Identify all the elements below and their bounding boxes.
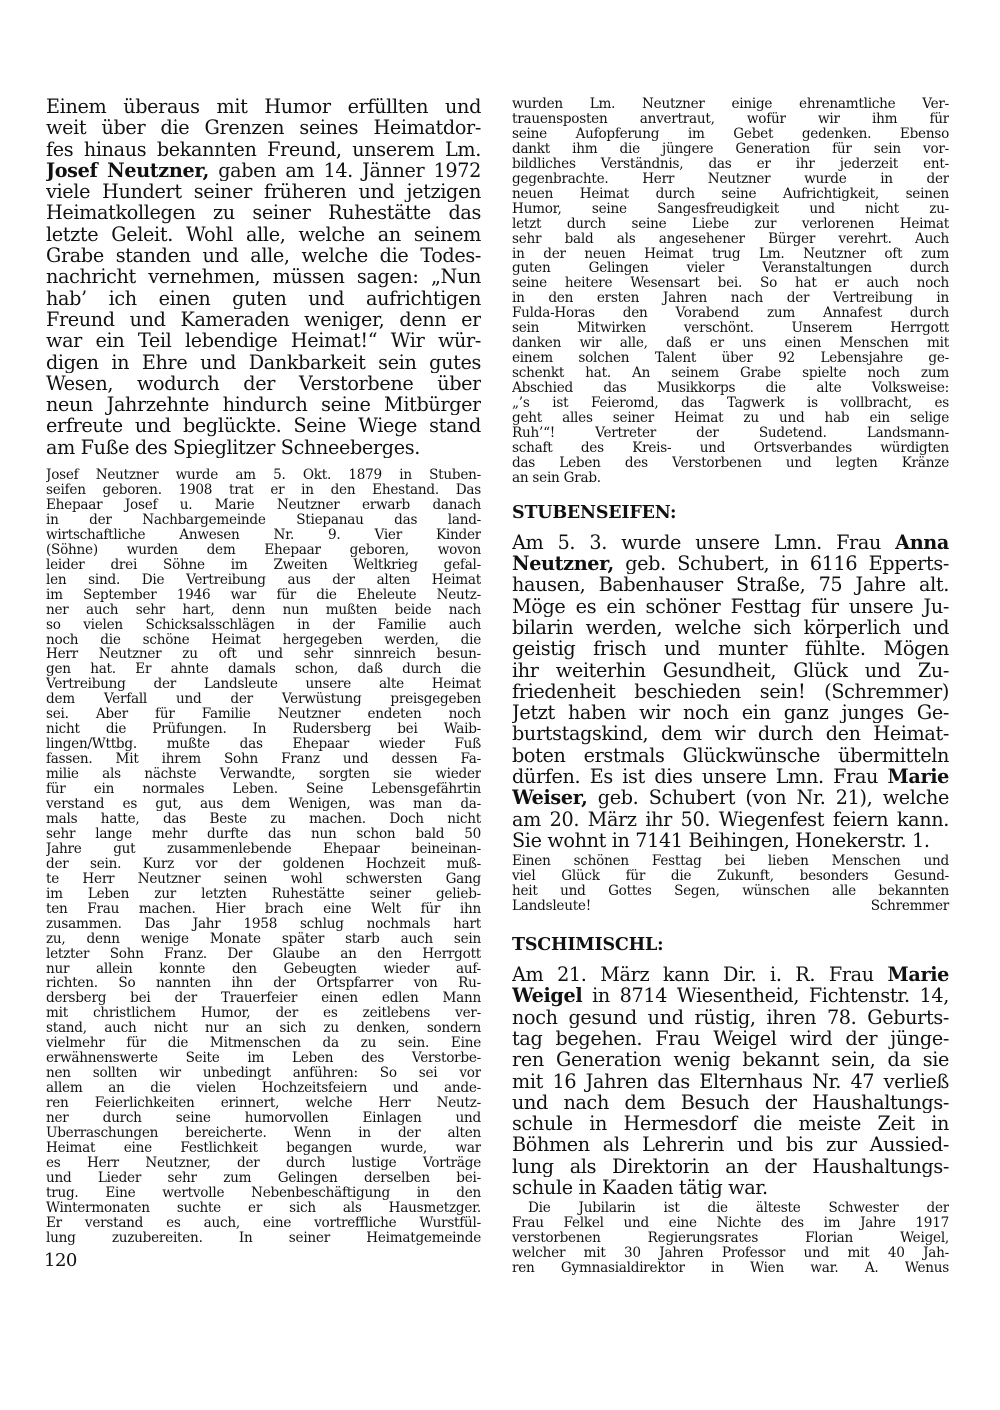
text-line: in der neuen Heimat trug Lm. Neutzner of… bbox=[512, 247, 949, 262]
text-line: Herr Neutzner zu oft und sehr sinnreich … bbox=[46, 647, 481, 662]
text-line: im Leben zur letzten Ruhestätte seiner g… bbox=[46, 887, 481, 902]
text-line: schaft des Kreis- und Ortsverbandes würd… bbox=[512, 441, 949, 456]
text-line: viel Glück für die Zukunft, besonders Ge… bbox=[512, 869, 949, 884]
text-line: geht alles seiner Heimat zu und hab ein … bbox=[512, 411, 949, 426]
text-line: sehr lange mehr durfte das nun schon bal… bbox=[46, 827, 481, 842]
text-line: friedenheit beschieden sein! (Schremmer) bbox=[512, 681, 949, 702]
text-line: digen in Ehre und Dankbarkeit sein gutes bbox=[46, 352, 481, 373]
text-line: viele Hundert seiner früheren und jetzig… bbox=[46, 181, 481, 202]
text-line: sein Mitwirken verschönt. Unserem Herrgo… bbox=[512, 321, 949, 336]
text-line: milie als nächste Verwandte, sorgten sie… bbox=[46, 767, 481, 782]
text-line: (Söhne) wurden dem Ehepaar geboren, wovo… bbox=[46, 543, 481, 558]
text-line: dankt ihm die jüngere Generation für sei… bbox=[512, 142, 949, 157]
text-line: zu, denn wenige Monate später starb auch… bbox=[46, 932, 481, 947]
text-line: Wesen, wodurch der Verstorbene über bbox=[46, 373, 481, 394]
text-line: und nach dem Besuch der Haushaltungs- bbox=[512, 1092, 949, 1113]
text-line: wirtschaftliche Anwesen Nr. 9. Vier Kind… bbox=[46, 528, 481, 543]
text-line: so vielen Schicksalsschlägen in der Fami… bbox=[46, 618, 481, 633]
text-line: gegenbrachte. Herr Neutzner wurde in der bbox=[512, 172, 949, 187]
text-line: mit christlichem Humor, der es zeitleben… bbox=[46, 1006, 481, 1021]
text-line: tag begehen. Frau Weigel wird der jünge- bbox=[512, 1028, 949, 1049]
text-line: len sind. Die Vertreibung aus der alten … bbox=[46, 573, 481, 588]
stubenseifen-birthday-paragraph: Am 5. 3. wurde unsere Lmn. Frau AnnaNeut… bbox=[512, 532, 949, 851]
text-line: Die Jubilarin ist die älteste Schwester … bbox=[512, 1201, 949, 1216]
text-line: Überraschungen bereicherte. Wenn in der … bbox=[46, 1126, 481, 1141]
text-line: Grabe standen und alle, welche die Todes… bbox=[46, 245, 481, 266]
author-signature: Schremmer bbox=[871, 899, 949, 914]
text-line: hab’ ich einen guten und aufrichtigen bbox=[46, 288, 481, 309]
stubenseifen-greeting-note: Einen schönen Festtag bei lieben Mensche… bbox=[512, 854, 949, 914]
text-line: schenkt hat. An seinem Grabe spielte noc… bbox=[512, 366, 949, 381]
text-line: dem Verfall und der Verwüstung preisgege… bbox=[46, 692, 481, 707]
text-line: Weiser, geb. Schubert (von Nr. 21), welc… bbox=[512, 787, 949, 808]
text-line: das Leben des Verstorbenen und legten Kr… bbox=[512, 456, 949, 471]
text-line: zusammen. Das Jahr 1958 schlug nochmals … bbox=[46, 917, 481, 932]
text-line: boten erstmals Glückwünsche übermitteln bbox=[512, 745, 949, 766]
text-line: der sein. Kurz vor der goldenen Hochzeit… bbox=[46, 857, 481, 872]
text-line: dürfen. Es ist dies unsere Lmn. Frau Mar… bbox=[512, 766, 949, 787]
section-heading-stubenseifen: STUBENSEIFEN: bbox=[512, 502, 949, 524]
text-line: seine heitere Wesensart bei. So hat er a… bbox=[512, 276, 949, 291]
obituary-continuation-paragraph: wurden Lm. Neutzner einige ehrenamtliche… bbox=[512, 97, 949, 486]
text-line: an sein Grab. bbox=[512, 471, 949, 486]
text-line: Abschied das Musikkorps die alte Volkswe… bbox=[512, 381, 949, 396]
person-name: Weigel bbox=[512, 985, 582, 1006]
text-line: ihr weiterhin Gesundheit, Glück und Zu- bbox=[512, 660, 949, 681]
text-line: neun Jahrzehnte hindurch seine Mitbürger bbox=[46, 394, 481, 415]
text-line: ren Feierlichkeiten erinnert, welche Her… bbox=[46, 1096, 481, 1111]
text-line: trug. Eine wertvolle Nebenbeschäftigung … bbox=[46, 1186, 481, 1201]
text-line: Am 5. 3. wurde unsere Lmn. Frau Anna bbox=[512, 532, 949, 553]
text-line: fassen. Mit ihrem Sohn Franz und dessen … bbox=[46, 752, 481, 767]
left-column: Einem überaus mit Humor erfüllten und we… bbox=[46, 96, 481, 1246]
text-line: sei. Aber für Familie Neutzner endeten n… bbox=[46, 707, 481, 722]
text-line: Frau Felkel und eine Nichte des im Jahre… bbox=[512, 1216, 949, 1231]
text-line: hausen, Babenhauser Straße, 75 Jahre alt… bbox=[512, 574, 949, 595]
text-line: Humor, seine Sangesfreudigkeit und nicht… bbox=[512, 202, 949, 217]
text-line: burtstagskind, dem wir durch den Heimat- bbox=[512, 723, 949, 744]
text-line: Weigel in 8714 Wiesentheid, Fichtenstr. … bbox=[512, 985, 949, 1006]
text-line: mals hatte, das Beste zu machen. Doch ni… bbox=[46, 812, 481, 827]
text-line: „’s ist Feieromd, das Tagwerk is vollbra… bbox=[512, 396, 949, 411]
spacer bbox=[512, 914, 949, 934]
text-line: mit 16 Jahren das Elternhaus Nr. 47 verl… bbox=[512, 1071, 949, 1092]
text-line: danken wir alle, daß er uns einen Mensch… bbox=[512, 336, 949, 351]
text-line: verstand es gut, aus dem Wenigen, was ma… bbox=[46, 797, 481, 812]
person-name: Marie bbox=[887, 964, 949, 985]
text-line: erwähnenswerte Seite im Leben des Versto… bbox=[46, 1051, 481, 1066]
deceased-name: Josef Neutzner, bbox=[46, 160, 209, 181]
text-line: schule in Hermesdorf die meiste Zeit in bbox=[512, 1113, 949, 1134]
text-line: nen sollten wir unbedingt anführen: So s… bbox=[46, 1066, 481, 1081]
text-line: stand, auch nicht nur an sich zu denken,… bbox=[46, 1021, 481, 1036]
text-line: letzter Sohn Franz. Der Glaube an den He… bbox=[46, 947, 481, 962]
person-name: Marie bbox=[887, 766, 949, 787]
text-line: lung zuzubereiten. In seiner Heimatgemei… bbox=[46, 1231, 481, 1246]
text-line: Sie wohnt in 7141 Beihingen, Honekerstr.… bbox=[512, 830, 949, 851]
text-line: ren Generation wenig bekannt sein, da si… bbox=[512, 1049, 949, 1070]
text-line: heit und Gottes Segen, wünschen alle bek… bbox=[512, 884, 949, 899]
text-line: Jetzt haben wir noch ein ganz junges Ge- bbox=[512, 702, 949, 723]
text-line: Einem überaus mit Humor erfüllten und bbox=[46, 96, 481, 117]
spacer bbox=[512, 486, 949, 502]
text-line: Einen schönen Festtag bei lieben Mensche… bbox=[512, 854, 949, 869]
text-line: dersberg bei der Trauerfeier einen edlen… bbox=[46, 991, 481, 1006]
text-line: nur allein konnte den Gebeugten wieder a… bbox=[46, 962, 481, 977]
text-line: leider drei Söhne im Zweiten Weltkrieg g… bbox=[46, 558, 481, 573]
text-line: Heimat eine Festlichkeit begangen wurde,… bbox=[46, 1141, 481, 1156]
text-line: geistig frisch und munter fühlte. Mögen bbox=[512, 638, 949, 659]
text-line: verstorbenen Regierungsrates Florian Wei… bbox=[512, 1231, 949, 1246]
text-line: richten. So nannten ihn der Ortspfarrer … bbox=[46, 976, 481, 991]
text-line: bilarin werden, welche sich körperlich u… bbox=[512, 617, 949, 638]
text-line: Am 21. März kann Dir. i. R. Frau Marie bbox=[512, 964, 949, 985]
text-line: und Lieder sehr zum Gelingen derselben b… bbox=[46, 1171, 481, 1186]
text-line: es Herr Neutzner, der durch lustige Vort… bbox=[46, 1156, 481, 1171]
text-line: erfreute und beglückte. Seine Wiege stan… bbox=[46, 415, 481, 436]
text-line: gen hat. Er ahnte damals schon, daß durc… bbox=[46, 662, 481, 677]
text-line: Jahre gut zusammenlebende Ehepaar beinei… bbox=[46, 842, 481, 857]
text-line: sehr bald als angesehener Bürger verehrt… bbox=[512, 232, 949, 247]
text-line: seifen geboren. 1908 trat er in den Ehes… bbox=[46, 483, 481, 498]
right-column: wurden Lm. Neutzner einige ehrenamtliche… bbox=[512, 97, 949, 1276]
text-line: te Herr Neutzner seinen wohl schwersten … bbox=[46, 872, 481, 887]
text-line: trauensposten anvertraut, wofür wir ihm … bbox=[512, 112, 949, 127]
spacer bbox=[512, 524, 949, 532]
text-line: in der Nachbargemeinde Stiepanau das lan… bbox=[46, 513, 481, 528]
signature-line: Landsleute! Schremmer bbox=[512, 899, 949, 914]
text-line: war ein Teil lebendige Heimat!“ Wir wür- bbox=[46, 330, 481, 351]
text-line: im September 1946 war für die Eheleute N… bbox=[46, 588, 481, 603]
text-line: letzte Geleit. Wohl alle, welche an sein… bbox=[46, 224, 481, 245]
text-line: Fulda-Horas den Vorabend zum Annafest du… bbox=[512, 306, 949, 321]
text-line: neuen Heimat durch seine Aufrichtigkeit,… bbox=[512, 187, 949, 202]
text-line: Vertreibung der Landsleute unsere alte H… bbox=[46, 677, 481, 692]
text-line: welcher mit 30 Jahren Professor und mit … bbox=[512, 1246, 949, 1261]
text-line-with-name: Josef Neutzner, gaben am 14. Jänner 1972 bbox=[46, 160, 481, 181]
person-name: Anna bbox=[895, 532, 949, 553]
text-line: in den ersten Jahren nach der Vertreibun… bbox=[512, 291, 949, 306]
tschimischl-birthday-paragraph: Am 21. März kann Dir. i. R. Frau MarieWe… bbox=[512, 964, 949, 1198]
text-line: Er verstand es auch, eine vortreffliche … bbox=[46, 1216, 481, 1231]
text-line: nicht die Prüfungen. In Rudersberg bei W… bbox=[46, 722, 481, 737]
text-line: Neutzner, geb. Schubert, in 6116 Epperts… bbox=[512, 553, 949, 574]
obituary-intro-paragraph: Einem überaus mit Humor erfüllten und we… bbox=[46, 96, 481, 458]
text-line: für ein normales Leben. Seine Lebensgefä… bbox=[46, 782, 481, 797]
spacer bbox=[512, 956, 949, 964]
person-name: Neutzner, bbox=[512, 553, 614, 574]
text-line: ren Gymnasialdirektor in Wien war. A. We… bbox=[512, 1261, 949, 1276]
text-line: Böhmen als Lehrerin und bis zur Aussied- bbox=[512, 1134, 949, 1155]
biography-paragraph: Josef Neutzner wurde am 5. Okt. 1879 in … bbox=[46, 468, 481, 1246]
text-line: Heimatkollegen zu seiner Ruhestätte das bbox=[46, 202, 481, 223]
text-line: noch die schöne Heimat hergegeben werden… bbox=[46, 633, 481, 648]
text-line: noch gesund und rüstig, ihren 78. Geburt… bbox=[512, 1007, 949, 1028]
text-line: Möge es ein schöner Festtag für unsere J… bbox=[512, 596, 949, 617]
text-line: bildliches Verständnis, das er ihr jeder… bbox=[512, 157, 949, 172]
text-line: Ehepaar Josef u. Marie Neutzner erwarb d… bbox=[46, 498, 481, 513]
text-line: Josef Neutzner wurde am 5. Okt. 1879 in … bbox=[46, 468, 481, 483]
text-line: weit über die Grenzen seines Heimatdor- bbox=[46, 117, 481, 138]
text-line: am Fuße des Spieglitzer Schneeberges. bbox=[46, 437, 481, 458]
tschimischl-note: Die Jubilarin ist die älteste Schwester … bbox=[512, 1201, 949, 1276]
closing-text: Landsleute! bbox=[512, 899, 591, 914]
text-line: schule in Kaaden tätig war. bbox=[512, 1177, 949, 1198]
person-name: Weiser, bbox=[512, 787, 587, 808]
text-line: vielmehr für die Mitmenschen da zu sein.… bbox=[46, 1036, 481, 1051]
text-line: nachricht vernehmen, müssen sagen: „Nun bbox=[46, 266, 481, 287]
text-line: letzt durch seine Liebe zur verlorenen H… bbox=[512, 217, 949, 232]
text-line: seine Aufopferung im Gebet gedenken. Ebe… bbox=[512, 127, 949, 142]
text-line: einem solchen Talent über 92 Lebensjahre… bbox=[512, 351, 949, 366]
spacer bbox=[46, 458, 481, 468]
text-line: ten Frau machen. Hier brach eine Welt fü… bbox=[46, 902, 481, 917]
text-line: fes hinaus bekannten Freund, unserem Lm. bbox=[46, 139, 481, 160]
text-line: ner durch seine humorvollen Einlagen und bbox=[46, 1111, 481, 1126]
text-line: Wintermonaten suchte er sich als Hausmet… bbox=[46, 1201, 481, 1216]
text-line: Freund und Kameraden weniger, denn er bbox=[46, 309, 481, 330]
text-line: lung als Direktorin an der Haushaltungs- bbox=[512, 1156, 949, 1177]
text-line: am 20. März ihr 50. Wiegenfest feiern ka… bbox=[512, 809, 949, 830]
text-line: allem an die vielen Hochzeitsfeiern und … bbox=[46, 1081, 481, 1096]
page-number: 120 bbox=[44, 1250, 77, 1271]
text-line: ner auch sehr hart, denn nun mußten beid… bbox=[46, 603, 481, 618]
section-heading-tschimischl: TSCHIMISCHL: bbox=[512, 934, 949, 956]
text-line: guten Gelingen vieler Veranstaltungen du… bbox=[512, 261, 949, 276]
text-line: Ruh’“! Vertreter der Sudetend. Landsmann… bbox=[512, 426, 949, 441]
text-line: lingen/Wttbg. mußte das Ehepaar wieder F… bbox=[46, 737, 481, 752]
text-line: wurden Lm. Neutzner einige ehrenamtliche… bbox=[512, 97, 949, 112]
